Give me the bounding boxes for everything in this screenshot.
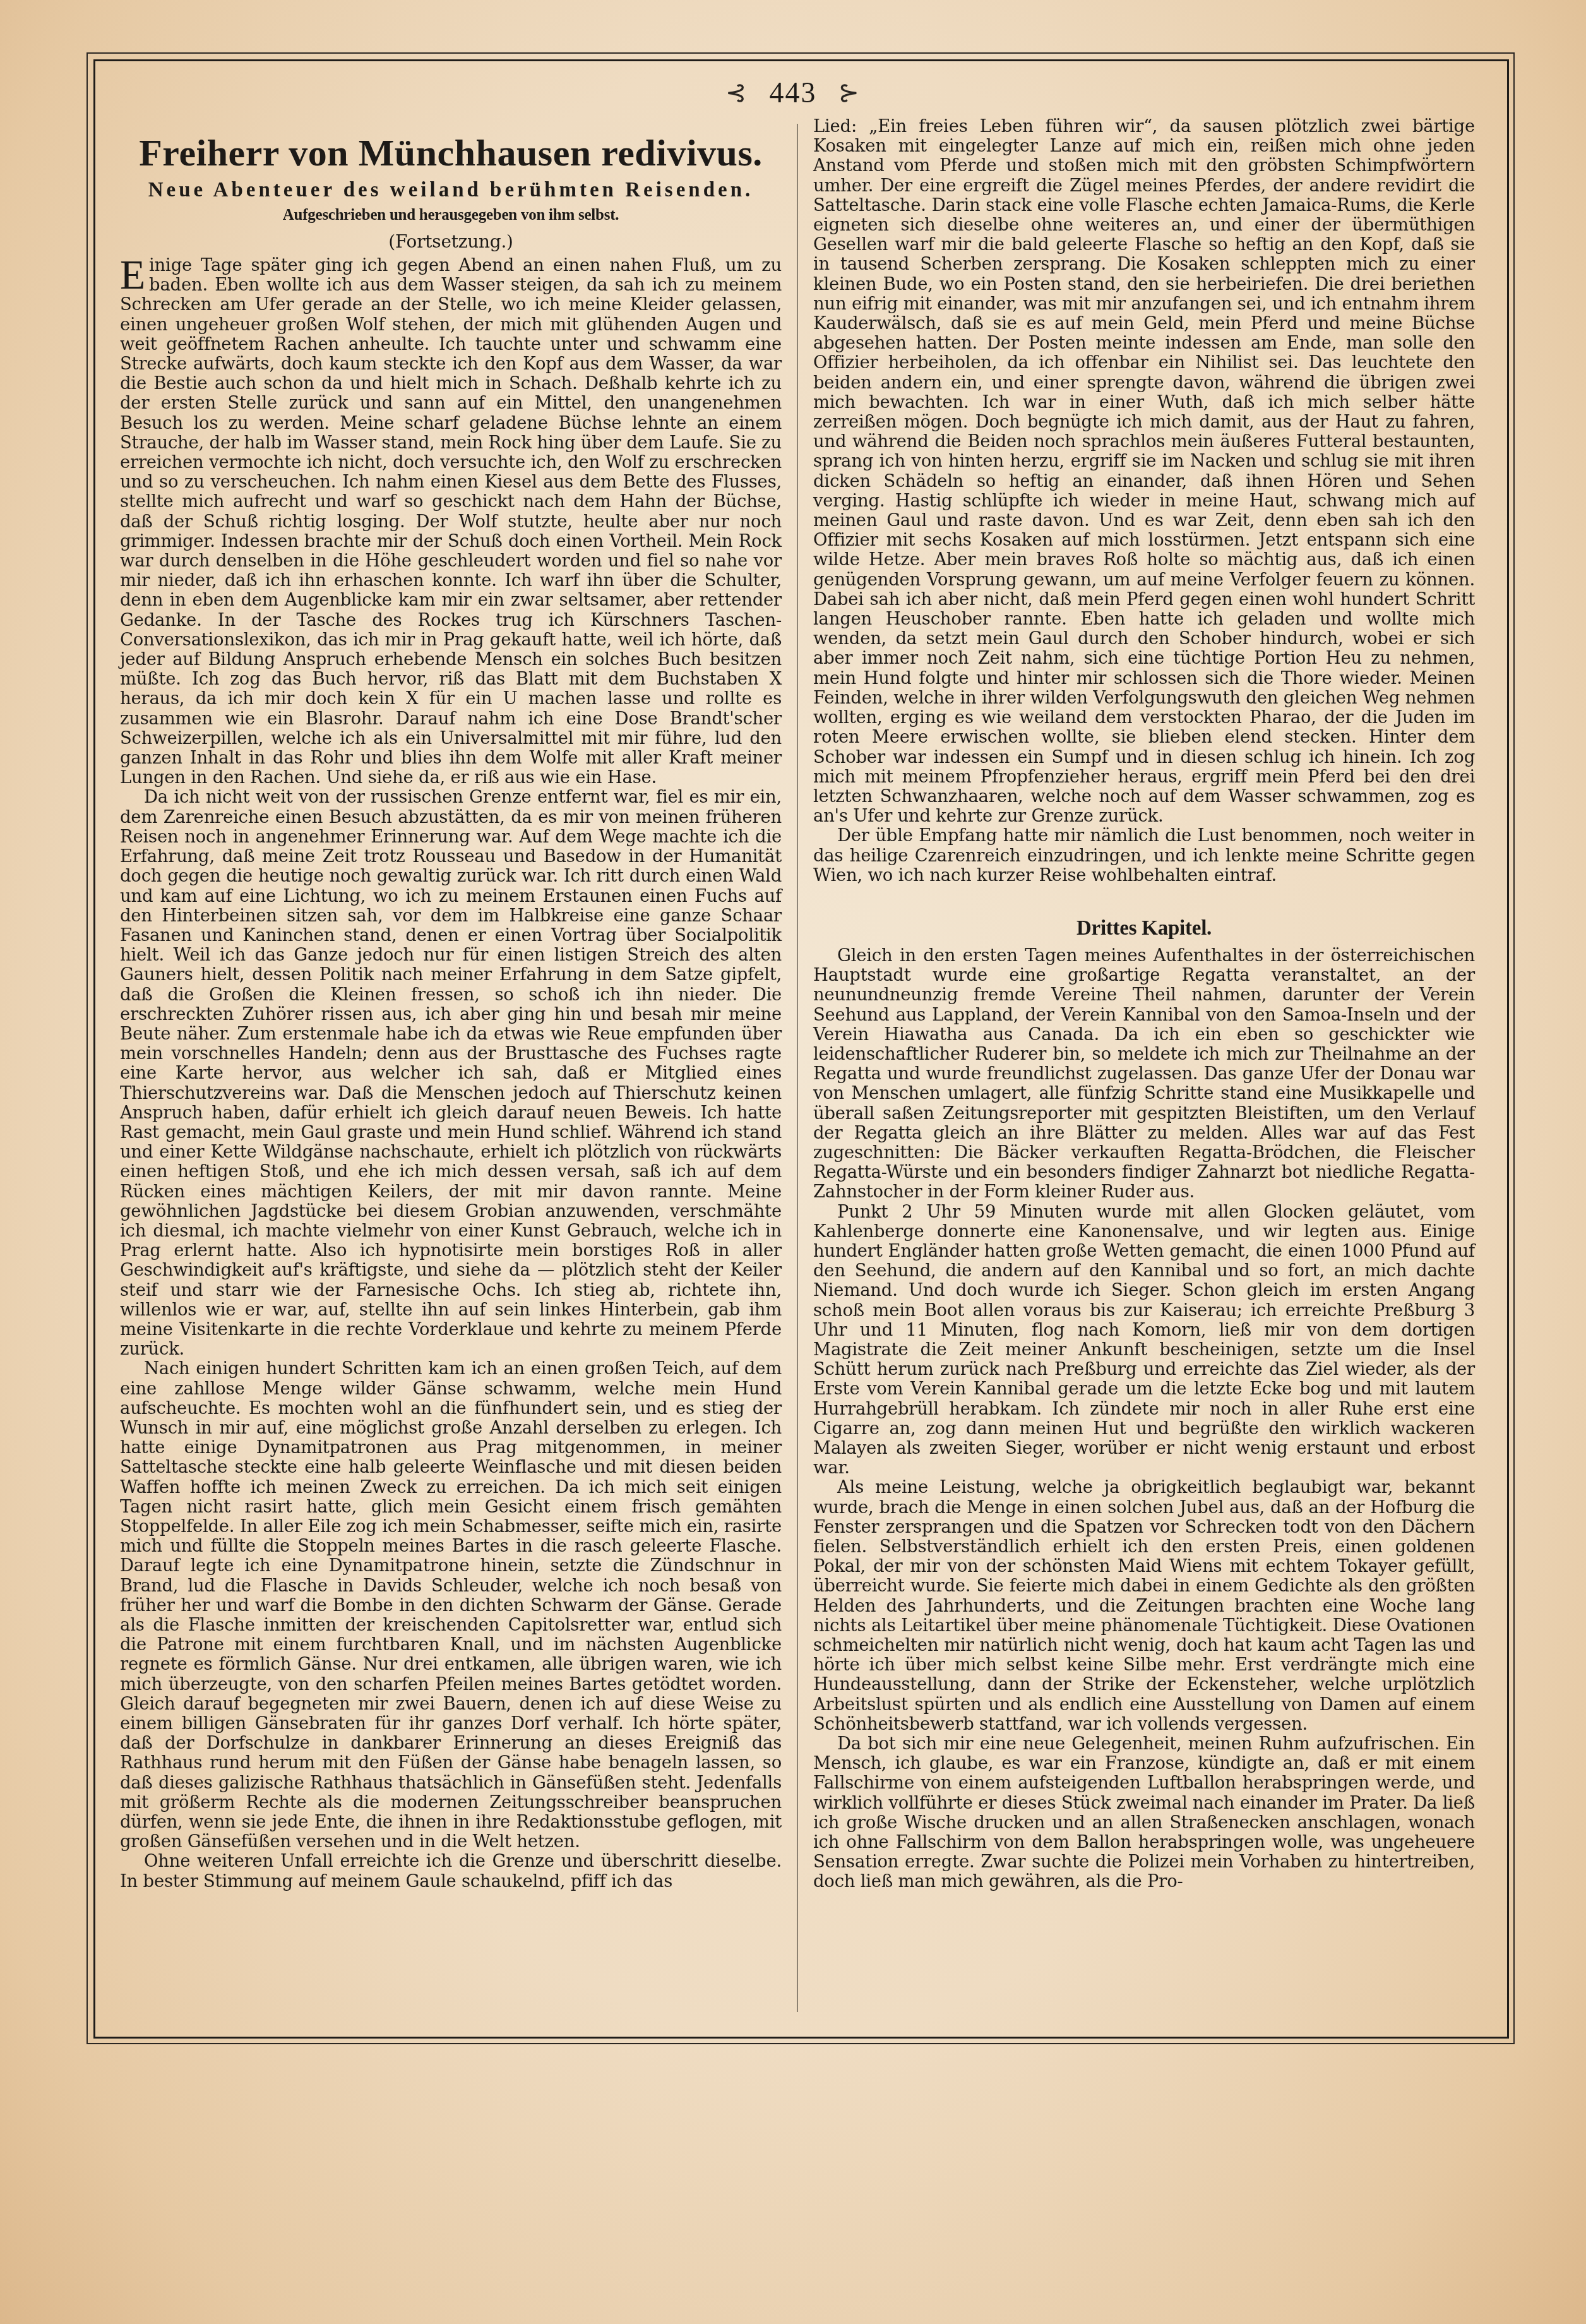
article-byline: Aufgeschrieben und herausgegeben von ihm…: [120, 204, 782, 227]
paragraph: Der üble Empfang hatte mir nämlich die L…: [813, 826, 1475, 885]
paragraph: Punkt 2 Uhr 59 Minuten wurde mit allen G…: [813, 1202, 1475, 1478]
paragraph: Lied: „Ein freies Leben führen wir“, da …: [813, 117, 1475, 826]
paragraph: Einige Tage später ging ich gegen Abend …: [120, 256, 782, 788]
ornament-right-icon: ⊱: [838, 78, 861, 107]
article-title: Freiherr von Münchhausen redivivus.: [120, 131, 782, 175]
paragraph: Ohne weiteren Unfall erreichte ich die G…: [120, 1852, 782, 1891]
right-column: Lied: „Ein freies Leben führen wir“, da …: [813, 117, 1475, 1892]
left-column: Freiherr von Münchhausen redivivus. Neue…: [120, 117, 782, 1891]
article-subtitle: Neue Abenteuer des weiland berühmten Rei…: [120, 177, 782, 203]
paragraph: Gleich in den ersten Tagen meines Aufent…: [813, 946, 1475, 1202]
paragraph: Da bot sich mir eine neue Gelegenheit, m…: [813, 1734, 1475, 1892]
continuation-note: (Fortsetzung.): [120, 229, 782, 255]
column-divider: [797, 124, 798, 2012]
page-number: 443: [770, 76, 817, 109]
page-header: ⊰ 443 ⊱: [0, 76, 1586, 109]
paragraph: Da ich nicht weit von der russischen Gre…: [120, 788, 782, 1359]
paragraph: Als meine Leistung, welche ja obrigkeitl…: [813, 1478, 1475, 1734]
ornament-left-icon: ⊰: [725, 78, 748, 107]
chapter-heading: Drittes Kapitel.: [813, 914, 1475, 942]
paragraph: Nach einigen hundert Schritten kam ich a…: [120, 1359, 782, 1852]
